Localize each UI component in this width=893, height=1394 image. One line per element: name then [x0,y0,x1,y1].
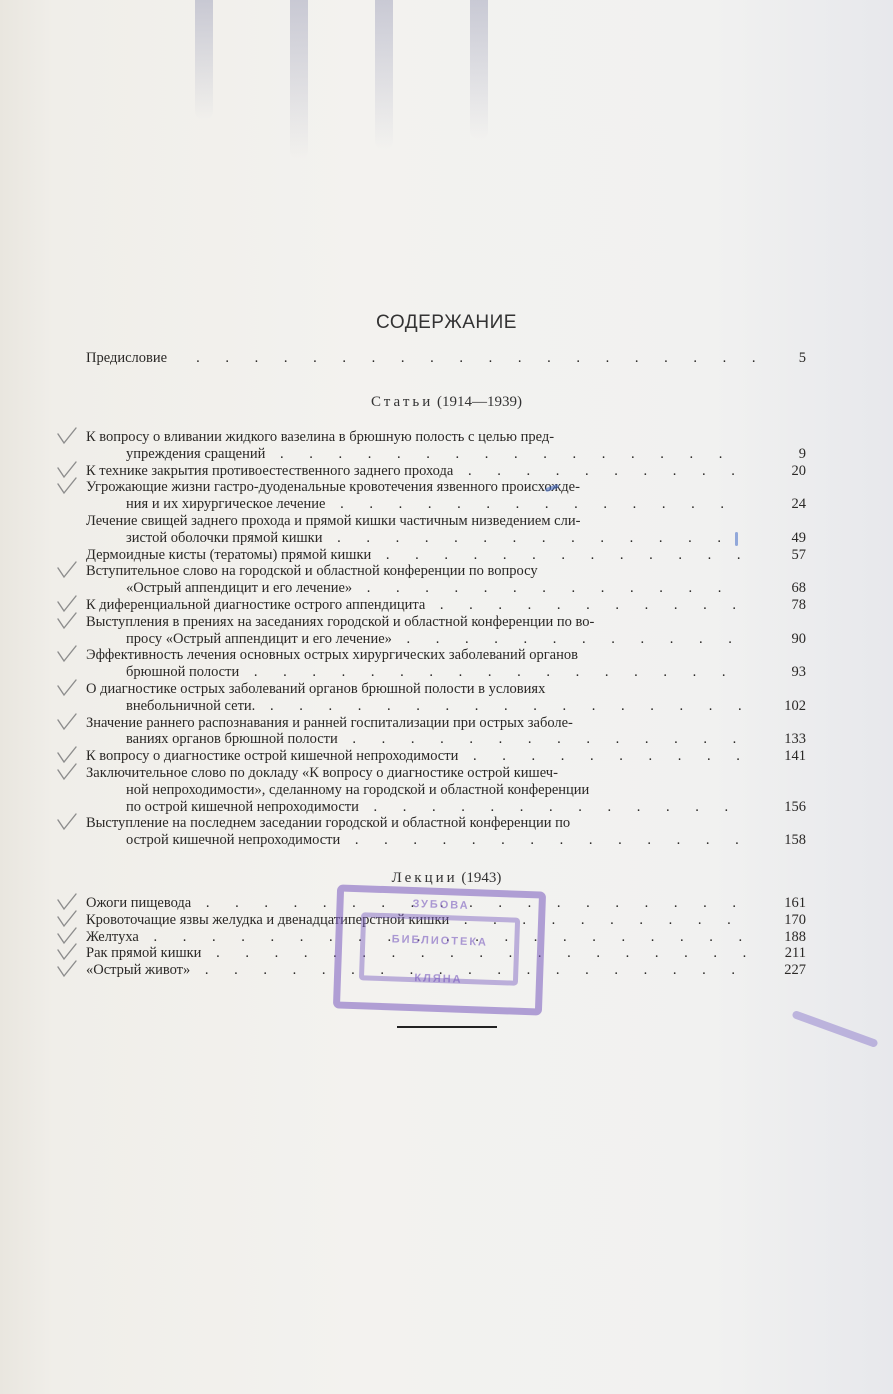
entry-title-line: зистой оболочки прямой кишки . . . . . .… [86,530,746,547]
toc-entry: К диференциальной диагностике острого ап… [86,597,806,614]
page-number: 141 [766,748,806,765]
entry-title-line: Эффективность лечения основных острых хи… [86,647,746,664]
entry-title-line: О диагностике острых заболеваний органов… [86,681,746,698]
water-stain [470,0,488,140]
entry-title-line: просу «Острый аппендицит и его лечение» … [86,631,746,648]
toc-entry: Заключительное слово по докладу «К вопро… [86,765,806,815]
toc-entry: К вопросу о вливании жидкого вазелина в … [86,429,806,463]
entry-title-line: внебольничной сети. . . . . . . . . . . … [86,698,746,715]
pencil-check-icon [56,960,78,978]
leader-dots: . . . . . . . . . . . . . . . . . . . . … [371,547,746,563]
page-number: 9 [766,446,806,463]
scanned-page: СОДЕРЖАНИЕ Предисловие . . . . . . . . .… [0,0,893,1394]
pencil-check-icon [56,943,78,961]
entry-title-line: К вопросу о вливании жидкого вазелина в … [86,429,746,446]
toc-entry: Вступительное слово на городской и облас… [86,563,806,597]
leader-dots: . . . . . . . . . . . . . . . . . . . . … [453,463,746,479]
pencil-check-icon [56,427,78,445]
pencil-check-icon [56,763,78,781]
library-stamp: ЗУБОВА БИБЛИОТЕКА КЛЯНА [333,884,546,1015]
leader-dots: . . . . . . . . . . . . . . . . . . . . … [352,580,746,596]
page-number: 20 [766,463,806,480]
water-stain [375,0,393,150]
preface-entry: Предисловие . . . . . . . . . . . . . . … [86,350,806,367]
leader-dots: . . . . . . . . . . . . . . . . . . . . … [458,748,746,764]
page-number: 161 [766,895,806,912]
entry-title-line: Дермоидные кисты (тератомы) прямой кишки… [86,547,746,564]
entry-title-line: Выступления в прениях на заседаниях горо… [86,614,746,631]
toc-entry: К технике закрытия противоестественного … [86,463,806,480]
entry-title-line: Заключительное слово по докладу «К вопро… [86,765,746,782]
entry-title-line: «Острый аппендицит и его лечение» . . . … [86,580,746,597]
entry-title-line: ной непроходимости», сделанному на город… [86,782,746,799]
leader-dots: . . . . . . . . . . . . . . . . . . . . … [392,631,746,647]
entry-title-line: К вопросу о диагностике острой кишечной … [86,748,746,765]
pencil-check-icon [56,595,78,613]
page-number: 57 [766,547,806,564]
page-number: 211 [766,945,806,962]
page-number: 227 [766,962,806,979]
page-number: 102 [766,698,806,715]
page-number: 158 [766,832,806,849]
entry-title-line: по острой кишечной непроходимости . . . … [86,799,746,816]
leader-dots: . . . . . . . . . . . . . . . . . . . . … [425,597,746,613]
pencil-check-icon [56,477,78,495]
end-rule [397,1026,497,1028]
pencil-check-icon [56,746,78,764]
leader-dots: . . . . . . . . . . . . . . . . . . . . … [239,664,746,680]
leader-dots: . . . . . . . . . . . . . . . . . . . . … [323,530,747,546]
page-number: 78 [766,597,806,614]
stamp-smudge [791,1010,878,1048]
water-stain [195,0,213,120]
entry-title-line: брюшной полости . . . . . . . . . . . . … [86,664,746,681]
pencil-check-icon [56,893,78,911]
toc-articles: К вопросу о вливании жидкого вазелина в … [86,429,806,849]
section-heading-articles: Статьи (1914—1939) [0,394,893,411]
page-number: 93 [766,664,806,681]
toc-entry: Эффективность лечения основных острых хи… [86,647,806,681]
toc-entry: Значение раннего распознавания и ранней … [86,715,806,749]
page-number: 68 [766,580,806,597]
water-stain [290,0,308,160]
toc-entry: Дермоидные кисты (тератомы) прямой кишки… [86,547,806,564]
page-number: 156 [766,799,806,816]
leader-dots: . . . . . . . . . . . . . . . . . . . . … [338,731,746,747]
page-number: 90 [766,631,806,648]
entry-title: Предисловие [86,350,167,366]
page-number: 188 [766,929,806,946]
entry-title-line: К диференциальной диагностике острого ап… [86,597,746,614]
page-number: 49 [766,530,806,547]
toc-entry: Выступления в прениях на заседаниях горо… [86,614,806,648]
toc-entry: Лечение свищей заднего прохода и прямой … [86,513,806,547]
entry-title-line: К технике закрытия противоестественного … [86,463,746,480]
page-title: СОДЕРЖАНИЕ [0,312,893,334]
pencil-check-icon [56,927,78,945]
toc-entry: Выступление на последнем заседании город… [86,815,806,849]
ink-mark [735,532,738,546]
entry-title-line: ваниях органов брюшной полости . . . . .… [86,731,746,748]
leader-dots: . . . . . . . . . . . . . . . . . . . . … [325,496,746,512]
entry-title-line: Угрожающие жизни гастро-дуоденальные кро… [86,479,746,496]
toc-entry: Угрожающие жизни гастро-дуоденальные кро… [86,479,806,513]
pencil-check-icon [56,612,78,630]
pencil-check-icon [56,645,78,663]
section-heading-lectures: Лекции (1943) [0,870,893,887]
pencil-check-icon [56,910,78,928]
pencil-check-icon [56,461,78,479]
pencil-check-icon [56,679,78,697]
toc-entry: К вопросу о диагностике острой кишечной … [86,748,806,765]
entry-title-line: острой кишечной непроходимости . . . . .… [86,832,746,849]
leader-dots: . . . . . . . . . . . . . . . . . . . . … [255,698,746,714]
stamp-text: ЗУБОВА [343,896,538,915]
page-number: 133 [766,731,806,748]
toc-entry: Предисловие . . . . . . . . . . . . . . … [86,350,806,367]
leader-dots: . . . . . . . . . . . . . . . . . . . . … [340,832,746,848]
leader-dots: . . . . . . . . . . . . . . . . . . . . … [359,799,746,815]
entry-title-line: Выступление на последнем заседании город… [86,815,746,832]
page-number: 5 [766,350,806,367]
entry-title-line: Вступительное слово на городской и облас… [86,563,746,580]
entry-title-line: ния и их хирургическое лечение . . . . .… [86,496,746,513]
leader-dots: . . . . . . . . . . . . . . . . . . . . … [265,446,746,462]
entry-title-line: Лечение свищей заднего прохода и прямой … [86,513,746,530]
pencil-check-icon [56,813,78,831]
page-number: 170 [766,912,806,929]
entry-title-line: Значение раннего распознавания и ранней … [86,715,746,732]
leader-dots: . . . . . . . . . . . . . . . . . . . . [196,350,766,366]
entry-title-line: упреждения сращений . . . . . . . . . . … [86,446,746,463]
pencil-check-icon [56,713,78,731]
pencil-check-icon [56,561,78,579]
page-number: 24 [766,496,806,513]
toc-entry: О диагностике острых заболеваний органов… [86,681,806,715]
